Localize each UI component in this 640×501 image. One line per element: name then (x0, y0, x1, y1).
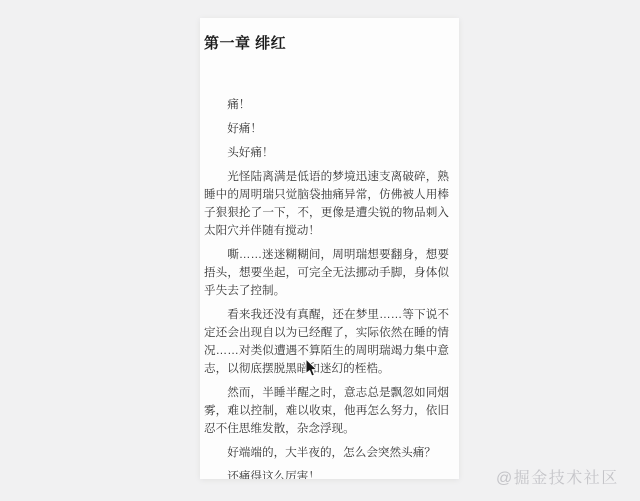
paragraph: 痛！ (204, 96, 449, 114)
paragraph: 好端端的，大半夜的，怎么会突然头痛？ (204, 444, 449, 462)
chapter-title: 第一章 绯红 (204, 33, 449, 54)
paragraph: 然而，半睡半醒之时，意志总是飘忽如同烟雾，难以控制，难以收束，他再怎么努力，依旧… (204, 384, 449, 438)
watermark: @掘金技术社区 (496, 465, 619, 488)
paragraph: 看来我还没有真醒，还在梦里……等下说不定还会出现自以为已经醒了，实际依然在睡的情… (204, 306, 449, 378)
paragraph: 光怪陆离满是低语的梦境迅速支离破碎，熟睡中的周明瑞只觉脑袋抽痛异常，仿佛被人用棒… (204, 168, 449, 240)
paragraph: 好痛！ (204, 120, 449, 138)
reader-page: 第一章 绯红 痛！ 好痛！ 头好痛！ 光怪陆离满是低语的梦境迅速支离破碎，熟睡中… (0, 0, 640, 501)
screenshot-root: { "theme": { "page-bg": "#f1f1f2", "card… (0, 0, 640, 501)
paragraph: 还痛得这么厉害！ (204, 468, 449, 479)
paragraph: 嘶……迷迷糊糊间，周明瑞想要翻身，想要捂头，想要坐起，可完全无法挪动手脚，身体似… (204, 246, 449, 300)
reader-card[interactable]: 第一章 绯红 痛！ 好痛！ 头好痛！ 光怪陆离满是低语的梦境迅速支离破碎，熟睡中… (200, 18, 459, 479)
paragraph: 头好痛！ (204, 144, 449, 162)
